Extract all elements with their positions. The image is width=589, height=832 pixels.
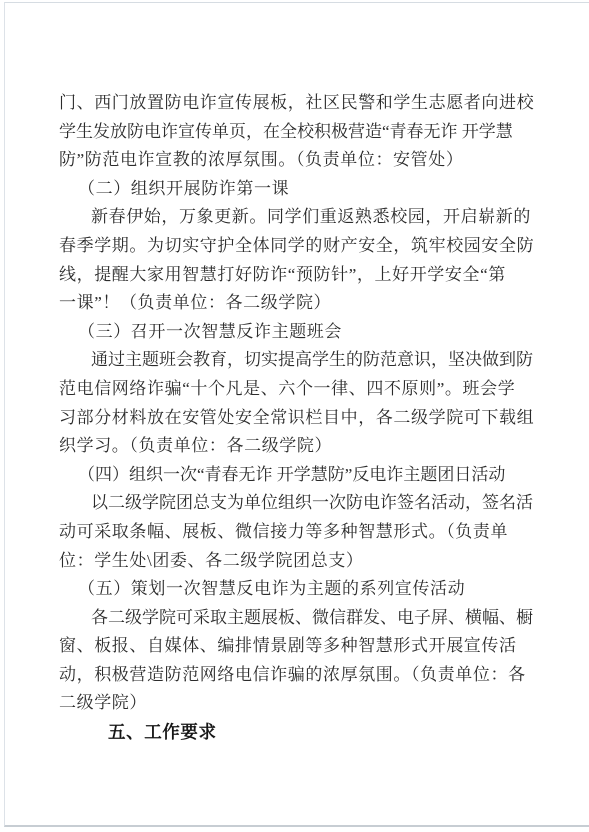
text-line: 动可采取条幅、展板、微信接力等多种智慧形式。（负责单 bbox=[59, 518, 559, 547]
document-body: 门、西门放置防电诈宣传展板，社区民警和学生志愿者向进校 学生发放防电诈宣传单页，… bbox=[59, 89, 559, 747]
text-line-subsection-2: （二）组织开展防诈第一课 bbox=[59, 175, 559, 204]
text-line: 新春伊始，万象更新。同学们重返熟悉校园，开启崭新的 bbox=[59, 203, 559, 232]
text-line: 织学习。（负责单位：各二级学院） bbox=[59, 432, 559, 461]
text-line: 防”防范电诈宣教的浓厚氛围。（负责单位：安管处） bbox=[59, 146, 559, 175]
text-line: 窗、板报、自媒体、编排情景剧等多种智慧形式开展宣传活 bbox=[59, 632, 559, 661]
text-line-subsection-4: （四）组织一次“青春无诈 开学慧防”反电诈主题团日活动 bbox=[59, 461, 559, 490]
text-line: 一课”！（负责单位：各二级学院） bbox=[59, 289, 559, 318]
text-line: 动，积极营造防范网络电信诈骗的浓厚氛围。（负责单位：各 bbox=[59, 661, 559, 690]
text-line: 位：学生处\团委、各二级学院团总支） bbox=[59, 547, 559, 576]
text-line: 春季学期。为切实守护全体同学的财产安全，筑牢校园安全防 bbox=[59, 232, 559, 261]
text-line: 门、西门放置防电诈宣传展板，社区民警和学生志愿者向进校 bbox=[59, 89, 559, 118]
text-line: 线，提醒大家用智慧打好防诈“预防针”，上好开学安全“第 bbox=[59, 261, 559, 290]
text-line: 习部分材料放在安管处安全常识栏目中，各二级学院可下载组 bbox=[59, 404, 559, 433]
text-line: 学生发放防电诈宣传单页，在全校积极营造“青春无诈 开学慧 bbox=[59, 118, 559, 147]
text-line-subsection-5: （五）策划一次智慧反电诈为主题的系列宣传活动 bbox=[59, 575, 559, 604]
text-line: 以二级学院团总支为单位组织一次防电诈签名活动，签名活 bbox=[59, 489, 559, 518]
text-line: 二级学院） bbox=[59, 689, 559, 718]
text-line: 范电信网络诈骗“十个凡是、六个一律、四不原则”。班会学 bbox=[59, 375, 559, 404]
section-heading: 五、工作要求 bbox=[59, 718, 559, 747]
text-line: 各二级学院可采取主题展板、微信群发、电子屏、横幅、橱 bbox=[59, 604, 559, 633]
text-line: 通过主题班会教育，切实提高学生的防范意识，坚决做到防 bbox=[59, 346, 559, 375]
document-page: 门、西门放置防电诈宣传展板，社区民警和学生志愿者向进校 学生发放防电诈宣传单页，… bbox=[4, 2, 589, 827]
text-line-subsection-3: （三）召开一次智慧反诈主题班会 bbox=[59, 318, 559, 347]
